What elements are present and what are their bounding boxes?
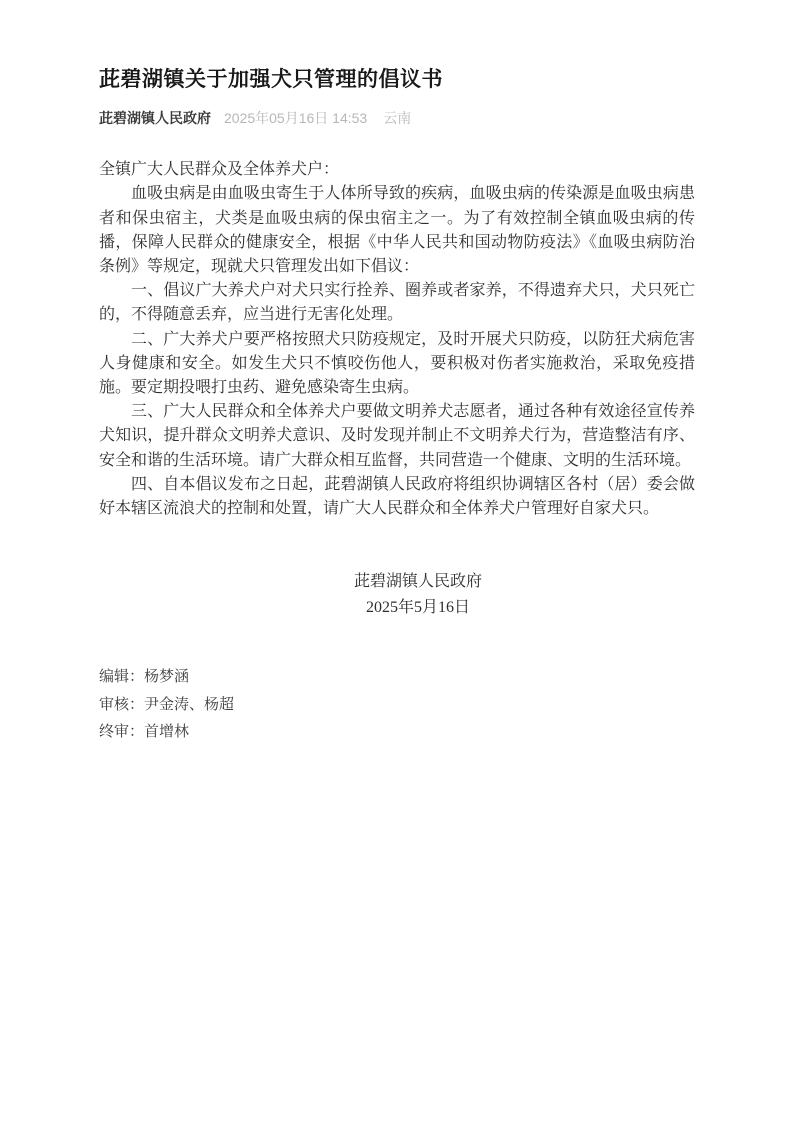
- credit-editor: 编辑：杨梦涵: [99, 663, 695, 691]
- account-name-link[interactable]: 茈碧湖镇人民政府: [99, 108, 211, 128]
- signature-date: 2025年5月16日: [120, 595, 716, 621]
- paragraph-item-2: 二、广大养犬户要严格按照犬只防疫规定，及时开展犬只防疫，以防狂犬病危害人身健康和…: [99, 328, 695, 401]
- paragraph-item-4: 四、自本倡议发布之日起，茈碧湖镇人民政府将组织协调辖区各村（居）委会做好本辖区流…: [99, 473, 695, 521]
- paragraph-item-3: 三、广大人民群众和全体养犬户要做文明养犬志愿者，通过各种有效途径宣传养犬知识，提…: [99, 400, 695, 473]
- paragraph-item-1: 一、倡议广大养犬户对犬只实行拴养、圈养或者家养，不得遗弃犬只，犬只死亡的，不得随…: [99, 279, 695, 327]
- publish-datetime: 2025年05月16日 14:53: [224, 108, 367, 128]
- article-body: 全镇广大人民群众及全体养犬户： 血吸虫病是由血吸虫寄生于人体所导致的疾病，血吸虫…: [99, 158, 695, 521]
- signature-block: 茈碧湖镇人民政府 2025年5月16日: [120, 569, 716, 621]
- signature-name: 茈碧湖镇人民政府: [120, 569, 716, 595]
- page-title: 茈碧湖镇关于加强犬只管理的倡议书: [99, 65, 695, 94]
- publish-location: 云南: [383, 108, 411, 128]
- paragraph-intro: 血吸虫病是由血吸虫寄生于人体所导致的疾病，血吸虫病的传染源是血吸虫病患者和保虫宿…: [99, 182, 695, 279]
- article-page: 茈碧湖镇关于加强犬只管理的倡议书 茈碧湖镇人民政府 2025年05月16日 14…: [0, 0, 793, 1122]
- byline: 茈碧湖镇人民政府 2025年05月16日 14:53 云南: [99, 108, 695, 128]
- credit-final-reviewer: 终审：首增林: [99, 718, 695, 746]
- credits-block: 编辑：杨梦涵 审核：尹金涛、杨超 终审：首增林: [99, 663, 695, 746]
- credit-reviewer: 审核：尹金涛、杨超: [99, 691, 695, 719]
- salutation-line: 全镇广大人民群众及全体养犬户：: [99, 158, 695, 182]
